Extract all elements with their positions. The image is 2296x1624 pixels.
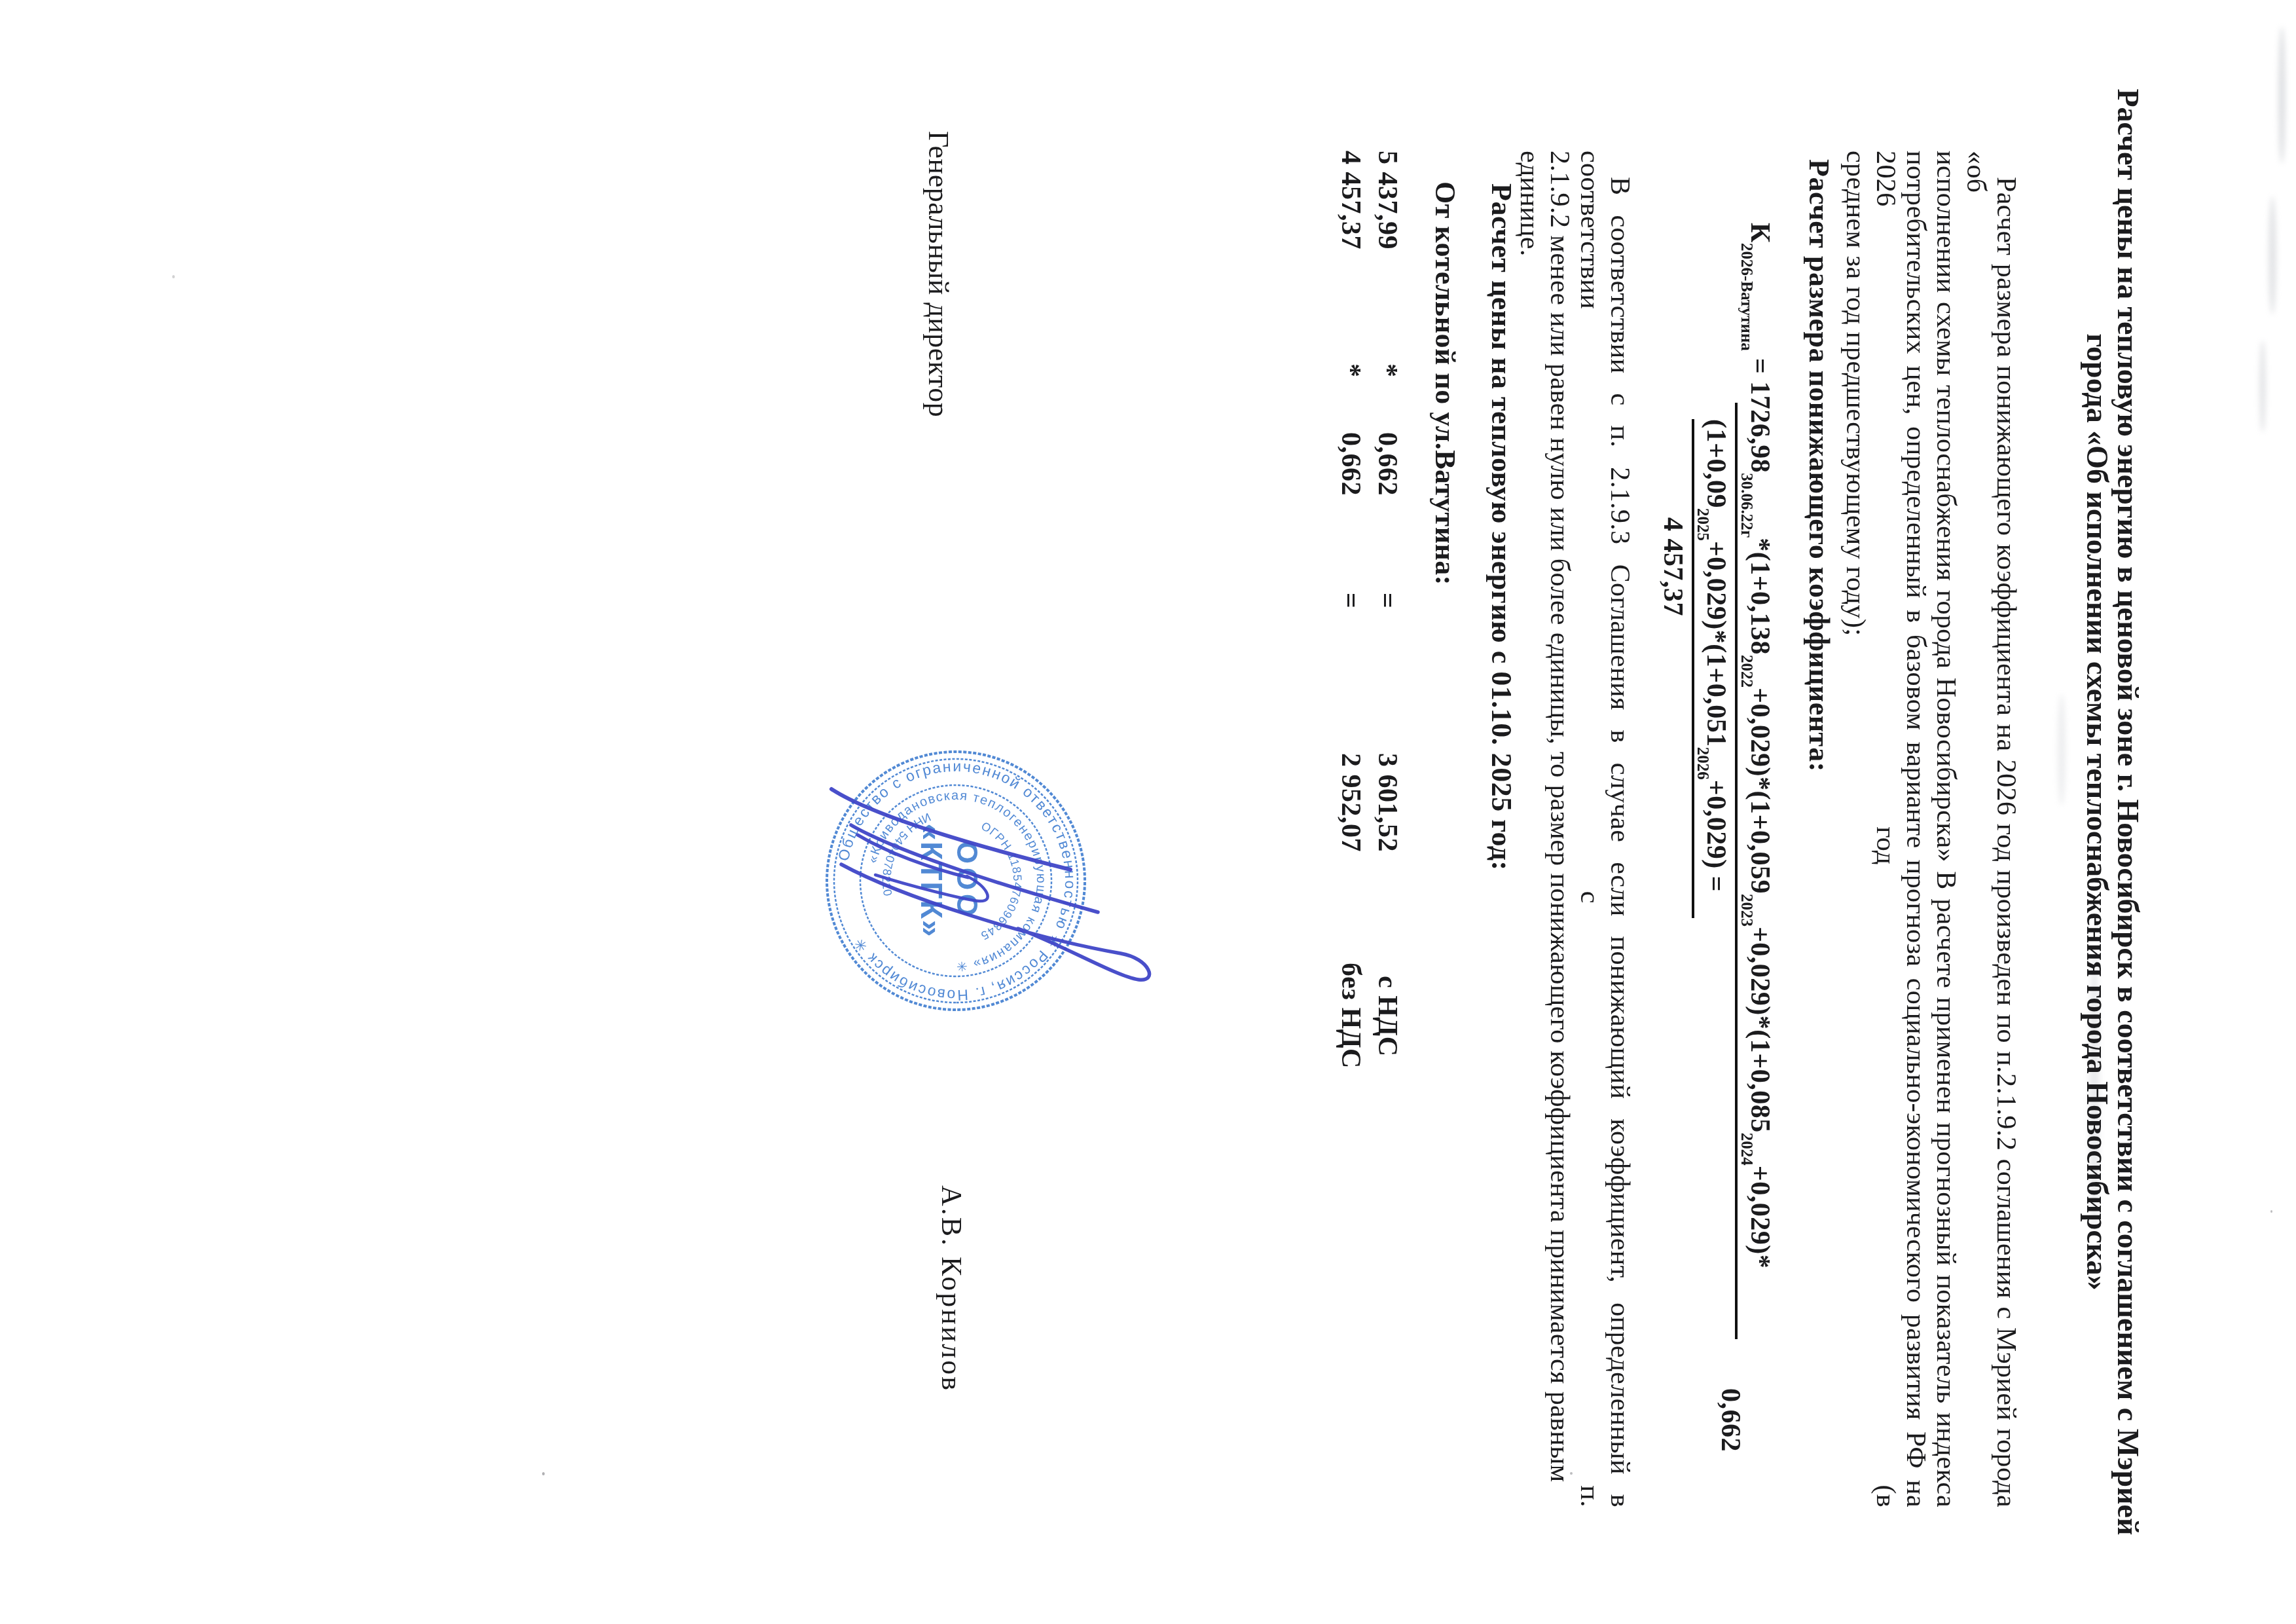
- formula-text: +0,029)*(1+0,059: [1745, 688, 1775, 894]
- row-mul: *: [1372, 363, 1403, 378]
- paragraph-coefficient-basis: Расчет размера понижающего коэффициента …: [1840, 151, 2021, 1507]
- formula-numerator-line-1: К2026-Ватутина = 1726,9830.06.22г*(1+0,1…: [1744, 223, 1776, 1268]
- scan-speck: [2270, 1210, 2272, 1213]
- boiler-subheader: От котельной по ул.Ватутина:: [1429, 181, 1462, 585]
- scanned-page: Расчет цены на тепловую энергию в ценово…: [0, 0, 2296, 1624]
- row-mul: *: [1335, 363, 1366, 378]
- paragraph-line: потребительских цен, определенный в базо…: [1870, 151, 1931, 1507]
- formula-text: +0,029)*(1+0,051: [1701, 541, 1731, 747]
- document-title: Расчет цены на тепловую энергию в ценово…: [2082, 62, 2143, 1562]
- scan-speck: [172, 275, 175, 278]
- row-coef: 0,662: [1335, 432, 1366, 496]
- fraction-bar-2: [1692, 419, 1694, 918]
- paragraph-line: В соответствии с п. 2.1.9.3 Соглашения в…: [1575, 151, 1635, 1507]
- stamp-center-ktgk: «КТГК»: [915, 824, 949, 938]
- formula-subscript: 30.06.22г: [1738, 473, 1755, 538]
- formula-subscript: 2023: [1738, 894, 1755, 927]
- title-line-1: Расчет цены на тепловую энергию в ценово…: [2113, 62, 2143, 1562]
- row-result: 2 952,07: [1335, 753, 1366, 852]
- title-line-2: города «Об исполнении схемы теплоснабжен…: [2082, 62, 2113, 1562]
- formula-text: +0,029) =: [1701, 780, 1731, 892]
- paragraph-line: среднем за год предшествующему году);: [1840, 151, 1870, 1507]
- formula-text: +0,029)*(1+0,085: [1745, 927, 1775, 1133]
- scan-artifact: [2278, 26, 2286, 164]
- formula-numerator-line-2: (1+0,092025+0,029)*(1+0,0512026+0,029) =: [1700, 419, 1732, 892]
- row-result: 3 601,52: [1372, 753, 1403, 852]
- formula-k: К: [1745, 223, 1775, 243]
- row-vat: с НДС: [1372, 976, 1403, 1057]
- formula-equals: =: [1745, 351, 1775, 381]
- formula-subscript: 2025: [1694, 508, 1711, 541]
- price-section-header: Расчет цены на тепловую энергию с 01.10.…: [1485, 183, 1518, 871]
- scan-artifact: [2058, 694, 2066, 805]
- stamp-center-ooo: ООО: [951, 841, 983, 921]
- formula-text: 1726,98: [1745, 381, 1775, 473]
- formula-text: +0,029)*: [1745, 1166, 1775, 1268]
- row-eq: =: [1372, 593, 1403, 608]
- paragraph-line: 2.1.9.2 менее или равен нулю или более е…: [1514, 151, 1575, 1507]
- formula-subscript: 2024: [1738, 1133, 1755, 1166]
- formula-result: 0,662: [1715, 1388, 1746, 1452]
- formula-text: (1+0,09: [1701, 419, 1731, 508]
- formula-section-header: Расчет размера понижающего коэффициента:: [1802, 159, 1836, 772]
- signer-name: А.В. Корнилов: [935, 1185, 968, 1392]
- formula-k-subscript: 2026-Ватутина: [1738, 243, 1755, 351]
- scan-artifact: [2269, 196, 2276, 314]
- company-stamp: Общество с ограниченной ответственностью…: [790, 720, 1183, 1061]
- scan-speck: [542, 1472, 545, 1475]
- paragraph-coefficient-rule: В соответствии с п. 2.1.9.3 Соглашения в…: [1514, 151, 1635, 1507]
- row-vat: без НДС: [1335, 963, 1366, 1069]
- row-qty: 4 457,37: [1335, 151, 1366, 249]
- row-qty: 5 437,99: [1372, 151, 1403, 249]
- row-coef: 0,662: [1372, 432, 1403, 496]
- fraction-bar-1: [1735, 403, 1738, 1339]
- formula-subscript: 2026: [1694, 747, 1711, 780]
- row-eq: =: [1335, 593, 1366, 608]
- signer-title: Генеральный директор: [922, 131, 955, 417]
- paragraph-line: Расчет размера понижающего коэффициента …: [1961, 151, 2021, 1507]
- formula-denominator: 4 457,37: [1657, 517, 1688, 616]
- scan-artifact: [2259, 341, 2266, 432]
- formula-text: *(1+0,138: [1745, 538, 1775, 655]
- formula-subscript: 2022: [1738, 655, 1755, 688]
- paragraph-line: исполнении схемы теплоснабжения города Н…: [1931, 151, 1961, 1507]
